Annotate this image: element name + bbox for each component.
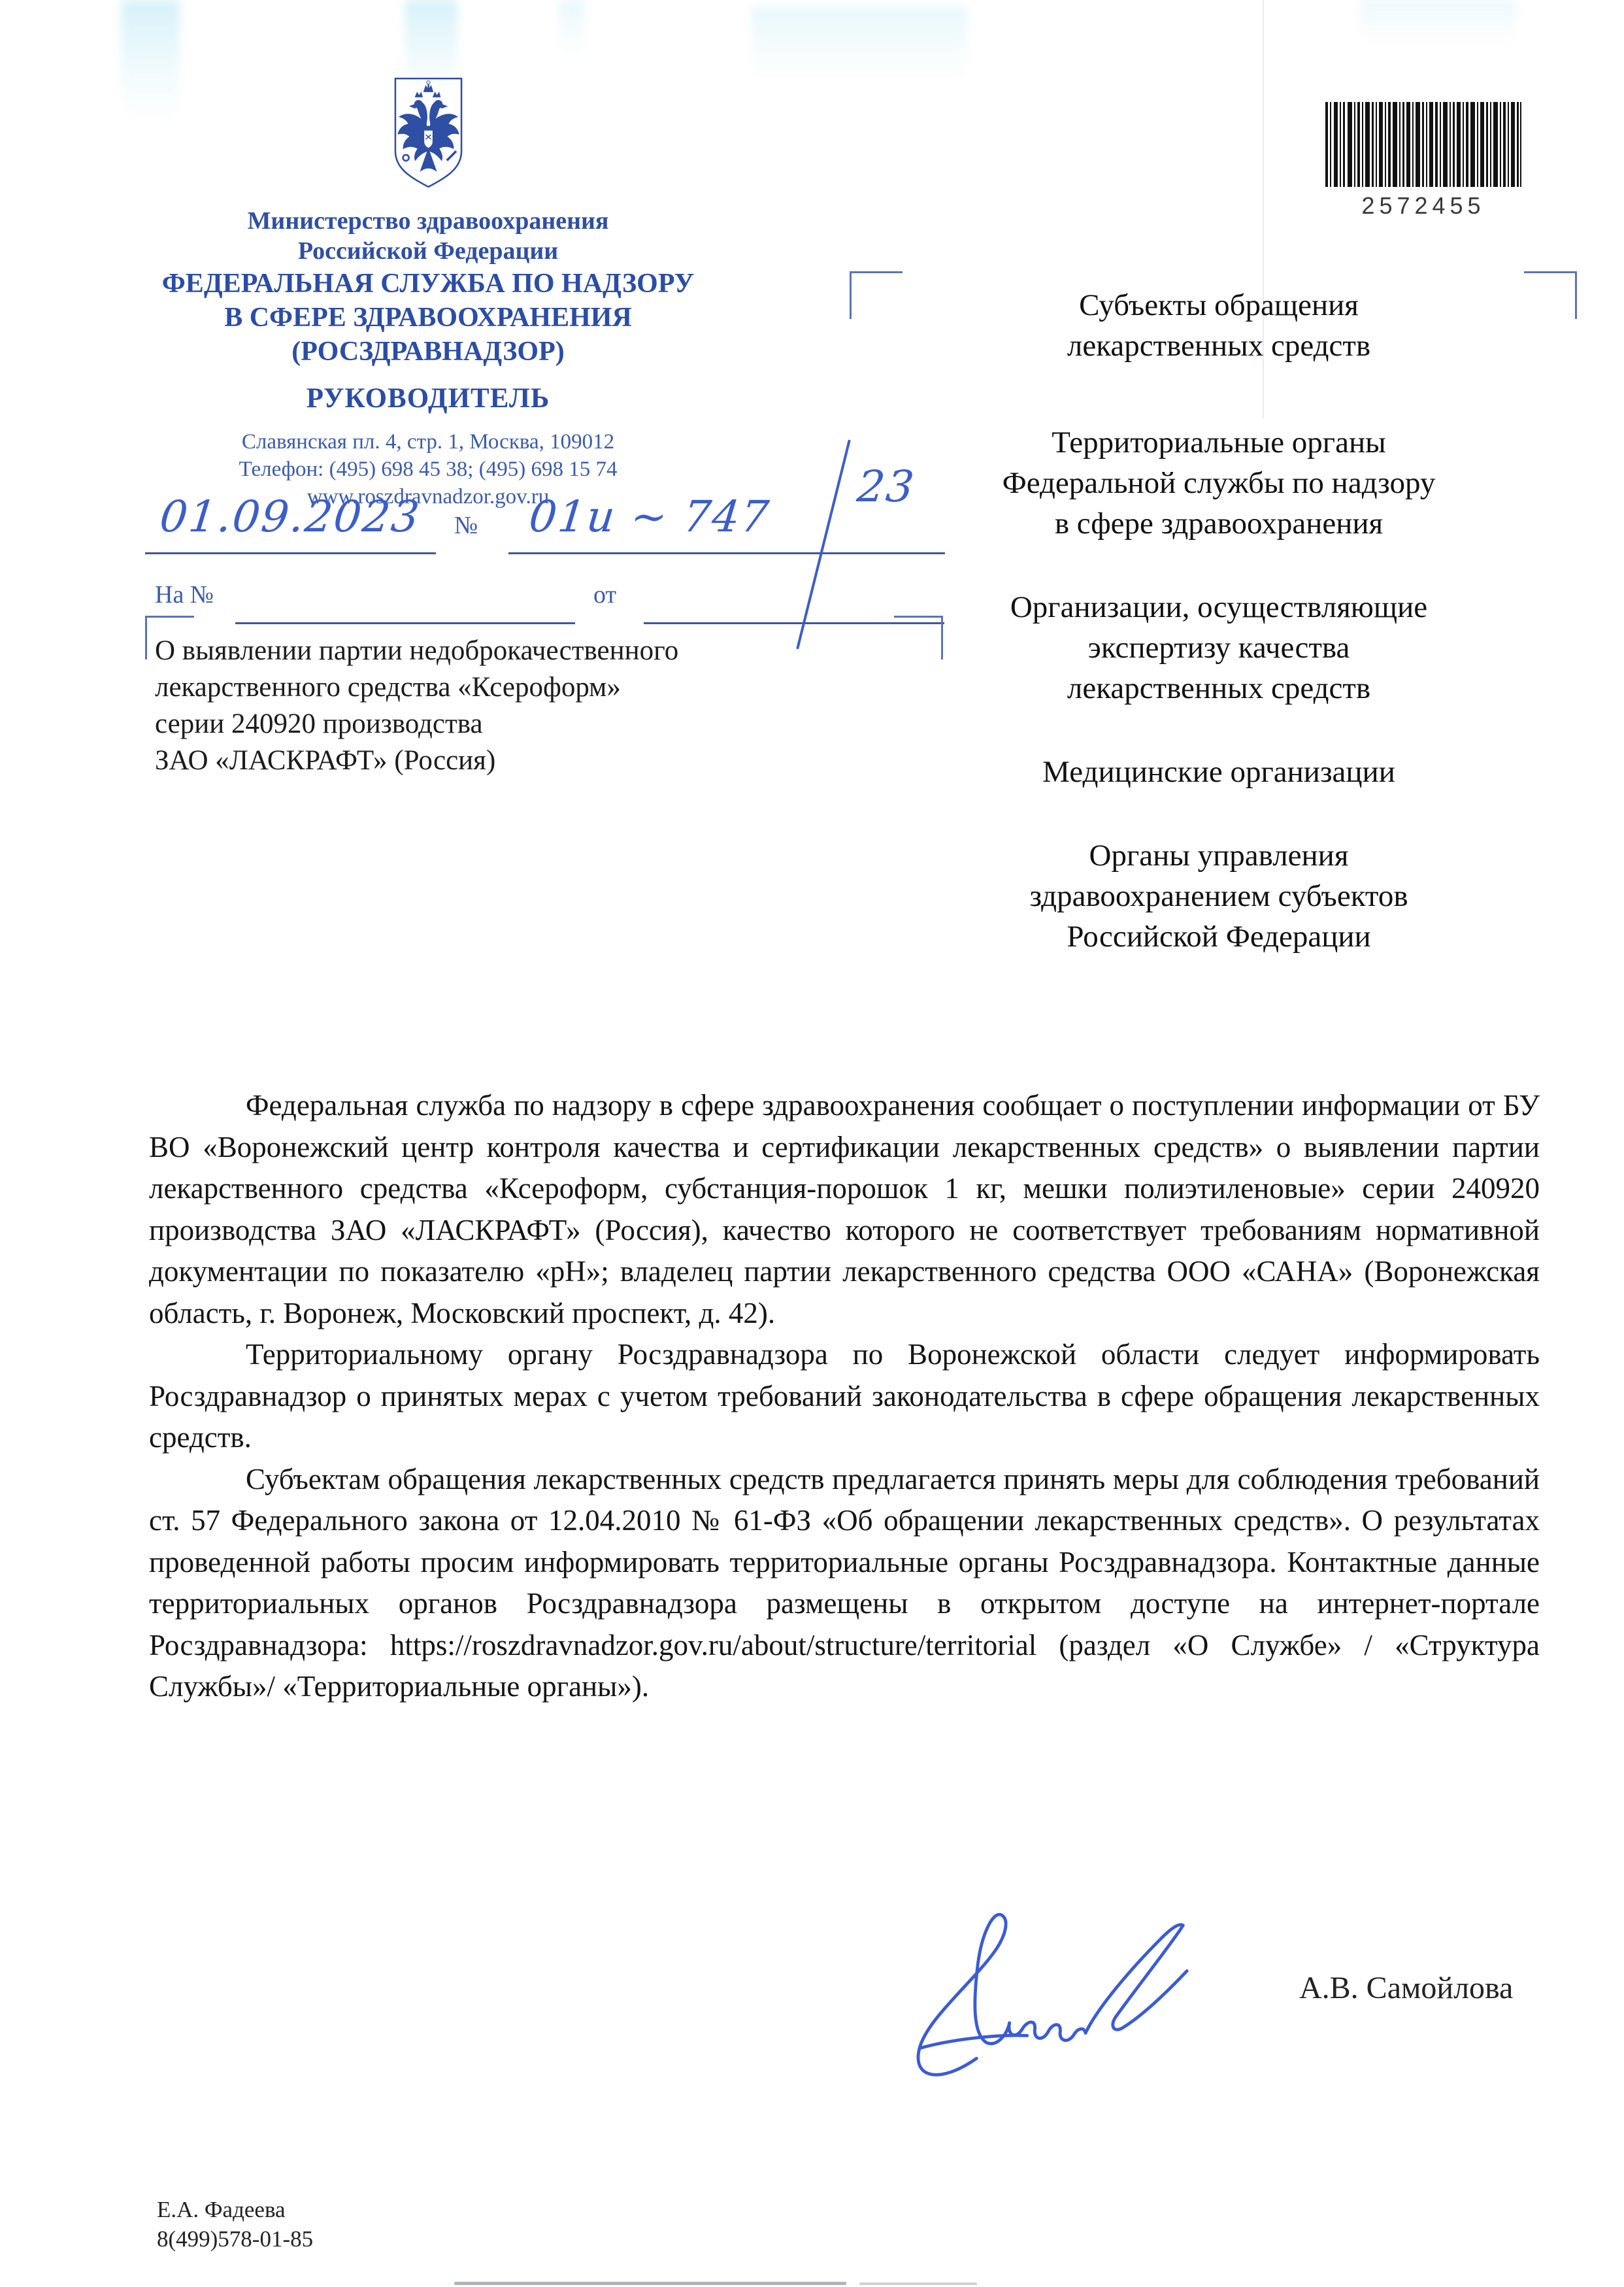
executor-phone: 8(499)578-01-85	[157, 2224, 313, 2254]
recipient-group-3: Организации, осуществляющие экспертизу к…	[869, 587, 1568, 709]
executor-block: Е.А. Фадеева 8(499)578-01-85	[157, 2195, 313, 2254]
signer-name: А.В. Самойлова	[1299, 1970, 1513, 2006]
recipient-line: здравоохранением субъектов	[869, 876, 1568, 916]
barcode-bars	[1325, 101, 1521, 188]
number-sign: №	[454, 511, 478, 540]
handwritten-slash	[796, 439, 851, 649]
handwritten-signature	[895, 1876, 1235, 2088]
recipient-line: Федеральной службы по надзору	[869, 463, 1568, 503]
reply-from-label: от	[593, 580, 616, 609]
date-underline	[145, 552, 436, 554]
body-paragraph-1: Федеральная служба по надзору в сфере зд…	[149, 1085, 1540, 1334]
recipient-line: Российской Федерации	[869, 916, 1568, 957]
recipient-line: лекарственных средств	[869, 668, 1568, 709]
body-paragraph-3: Субъектам обращения лекарственных средст…	[149, 1459, 1540, 1708]
recipient-group-4: Медицинские организации	[869, 752, 1568, 792]
ministry-line-1: Министерство здравоохранения	[127, 206, 729, 236]
scanned-letter-page: { "letterhead": { "emblem": "russian-coa…	[0, 0, 1624, 2287]
subject-line-3: серии 240920 производства	[155, 706, 952, 743]
subject-line-2: лекарственного средства «Ксероформ»	[155, 669, 952, 706]
barcode-number: 2572455	[1325, 192, 1521, 220]
outgoing-date-handwritten: 01.09.2023	[157, 492, 423, 542]
executor-name: Е.А. Фадеева	[157, 2195, 313, 2224]
scan-artifact	[559, 0, 585, 59]
recipient-line: Медицинские организации	[869, 752, 1568, 792]
reply-number-underline	[235, 622, 575, 624]
recipient-line: лекарственных средств	[869, 326, 1568, 366]
recipient-line: Территориальные органы	[869, 422, 1568, 463]
ministry-name: Министерство здравоохранения Российской …	[127, 206, 729, 266]
scan-edge-artifact	[859, 2282, 977, 2285]
scan-edge-artifact	[454, 2282, 846, 2285]
letterhead-address: Славянская пл. 4, стр. 1, Москва, 109012	[127, 428, 729, 456]
service-line-1: ФЕДЕРАЛЬНАЯ СЛУЖБА ПО НАДЗОРУ	[127, 267, 729, 301]
recipient-group-1: Субъекты обращения лекарственных средств	[869, 285, 1568, 366]
service-name: ФЕДЕРАЛЬНАЯ СЛУЖБА ПО НАДЗОРУ В СФЕРЕ ЗД…	[127, 267, 729, 369]
body-paragraph-2: Территориальному органу Росздравнадзора …	[149, 1334, 1540, 1459]
recipient-group-2: Территориальные органы Федеральной служб…	[869, 422, 1568, 544]
russian-coat-of-arms-icon	[381, 73, 476, 192]
recipient-list: Субъекты обращения лекарственных средств…	[869, 285, 1568, 1000]
service-line-2: В СФЕРЕ ЗДРАВООХРАНЕНИЯ	[127, 301, 729, 335]
outgoing-number-handwritten: 01и ~ 747	[527, 492, 772, 542]
recipient-line: в сфере здравоохранения	[869, 503, 1568, 544]
ministry-line-2: Российской Федерации	[127, 236, 729, 266]
recipient-line: Субъекты обращения	[869, 285, 1568, 326]
subject-line-1: О выявлении партии недоброкачественного	[155, 633, 952, 669]
service-line-3: (РОСЗДРАВНАДЗОР)	[127, 335, 729, 369]
letter-body: Федеральная служба по надзору в сфере зд…	[149, 1085, 1540, 1708]
reply-to-prefix: На №	[155, 580, 214, 609]
letterhead-phone: Телефон: (495) 698 45 38; (495) 698 15 7…	[127, 456, 729, 483]
recipient-group-5: Органы управления здравоохранением субъе…	[869, 835, 1568, 957]
recipient-line: Организации, осуществляющие	[869, 587, 1568, 627]
document-barcode: 2572455	[1325, 101, 1521, 220]
scan-artifact	[1359, 0, 1516, 46]
signer-position-title: РУКОВОДИТЕЛЬ	[127, 382, 729, 414]
recipient-line: Органы управления	[869, 835, 1568, 876]
letter-subject: О выявлении партии недоброкачественного …	[155, 633, 952, 779]
subject-line-4: ЗАО «ЛАСКРАФТ» (Россия)	[155, 743, 952, 779]
recipient-line: экспертизу качества	[869, 627, 1568, 668]
scan-artifact	[121, 0, 180, 121]
scan-artifact	[752, 7, 967, 85]
